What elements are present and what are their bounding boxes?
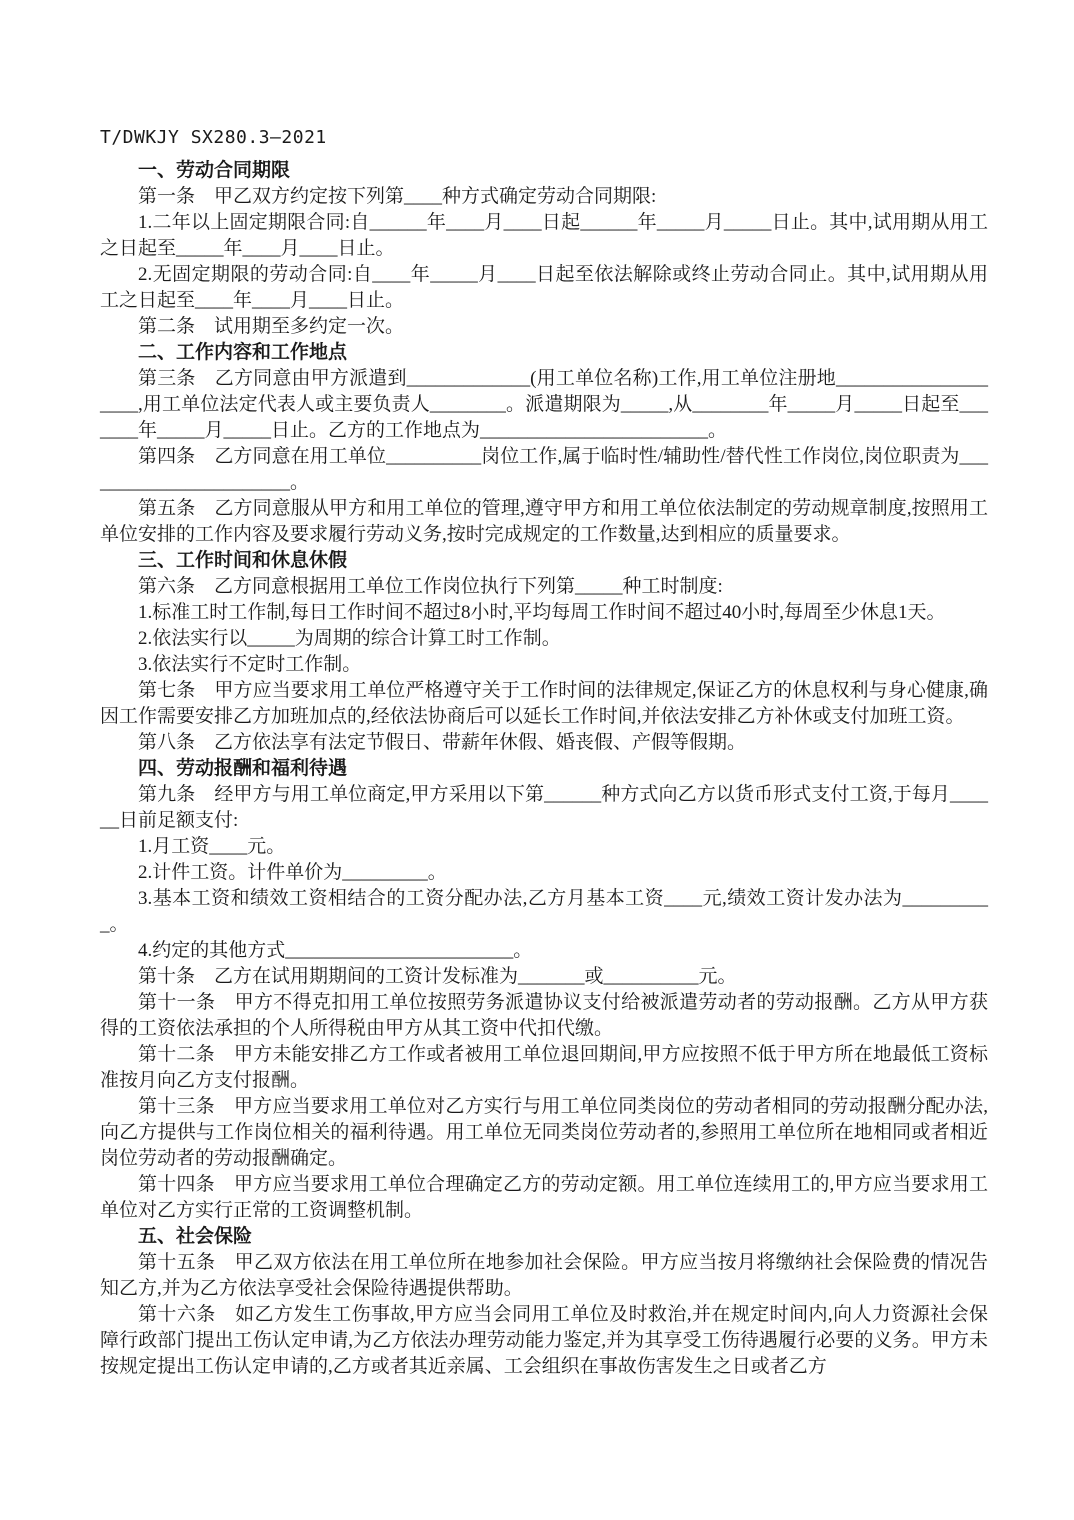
paragraph: 1.标准工时工作制,每日工作时间不超过8小时,平均每周工作时间不超过40小时,每… <box>100 600 988 626</box>
contract-document: T/DWKJY SX280.3—2021 一、劳动合同期限第一条 甲乙双方约定按… <box>100 126 988 1380</box>
paragraph: 第二条 试用期至多约定一次。 <box>100 314 988 340</box>
standard-document-code: T/DWKJY SX280.3—2021 <box>100 126 988 150</box>
section-heading: 五、社会保险 <box>100 1224 988 1250</box>
paragraph: 第十四条 甲方应当要求用工单位合理确定乙方的劳动定额。用工单位连续用工的,甲方应… <box>100 1172 988 1224</box>
paragraph: 第十三条 甲方应当要求用工单位对乙方实行与用工单位同类岗位的劳动者相同的劳动报酬… <box>100 1094 988 1172</box>
paragraph: 第十五条 甲乙双方依法在用工单位所在地参加社会保险。甲方应当按月将缴纳社会保险费… <box>100 1250 988 1302</box>
document-page: T/DWKJY SX280.3—2021 一、劳动合同期限第一条 甲乙双方约定按… <box>0 0 1074 1520</box>
paragraph: 4.约定的其他方式________________________。 <box>100 938 988 964</box>
paragraph: 第八条 乙方依法享有法定节假日、带薪年休假、婚丧假、产假等假期。 <box>100 730 988 756</box>
document-body: 一、劳动合同期限第一条 甲乙双方约定按下列第____种方式确定劳动合同期限:1.… <box>100 158 988 1380</box>
paragraph: 2.依法实行以_____为周期的综合计算工时工作制。 <box>100 626 988 652</box>
paragraph: 第四条 乙方同意在用工单位__________岗位工作,属于临时性/辅助性/替代… <box>100 444 988 496</box>
paragraph: 第九条 经甲方与用工单位商定,甲方采用以下第______种方式向乙方以货币形式支… <box>100 782 988 834</box>
section-heading: 三、工作时间和休息休假 <box>100 548 988 574</box>
paragraph: 第三条 乙方同意由甲方派遣到_____________(用工单位名称)工作,用工… <box>100 366 988 444</box>
paragraph: 第六条 乙方同意根据用工单位工作岗位执行下列第_____种工时制度: <box>100 574 988 600</box>
paragraph: 第五条 乙方同意服从甲方和用工单位的管理,遵守甲方和用工单位依法制定的劳动规章制… <box>100 496 988 548</box>
paragraph: 第十二条 甲方未能安排乙方工作或者被用工单位退回期间,甲方应按照不低于甲方所在地… <box>100 1042 988 1094</box>
section-heading: 四、劳动报酬和福利待遇 <box>100 756 988 782</box>
section-heading: 二、工作内容和工作地点 <box>100 340 988 366</box>
paragraph: 第七条 甲方应当要求用工单位严格遵守关于工作时间的法律规定,保证乙方的休息权利与… <box>100 678 988 730</box>
paragraph: 2.计件工资。计件单价为_________。 <box>100 860 988 886</box>
paragraph: 1.月工资____元。 <box>100 834 988 860</box>
paragraph: 第十六条 如乙方发生工伤事故,甲方应当会同用工单位及时救治,并在规定时间内,向人… <box>100 1302 988 1380</box>
paragraph: 第十一条 甲方不得克扣用工单位按照劳务派遣协议支付给被派遣劳动者的劳动报酬。乙方… <box>100 990 988 1042</box>
paragraph: 第十条 乙方在试用期期间的工资计发标准为_______或__________元。 <box>100 964 988 990</box>
paragraph: 1.二年以上固定期限合同:自______年____月____日起______年_… <box>100 210 988 262</box>
paragraph: 第一条 甲乙双方约定按下列第____种方式确定劳动合同期限: <box>100 184 988 210</box>
paragraph: 3.依法实行不定时工作制。 <box>100 652 988 678</box>
paragraph: 3.基本工资和绩效工资相结合的工资分配办法,乙方月基本工资____元,绩效工资计… <box>100 886 988 938</box>
paragraph: 2.无固定期限的劳动合同:自____年_____月____日起至依法解除或终止劳… <box>100 262 988 314</box>
section-heading: 一、劳动合同期限 <box>100 158 988 184</box>
